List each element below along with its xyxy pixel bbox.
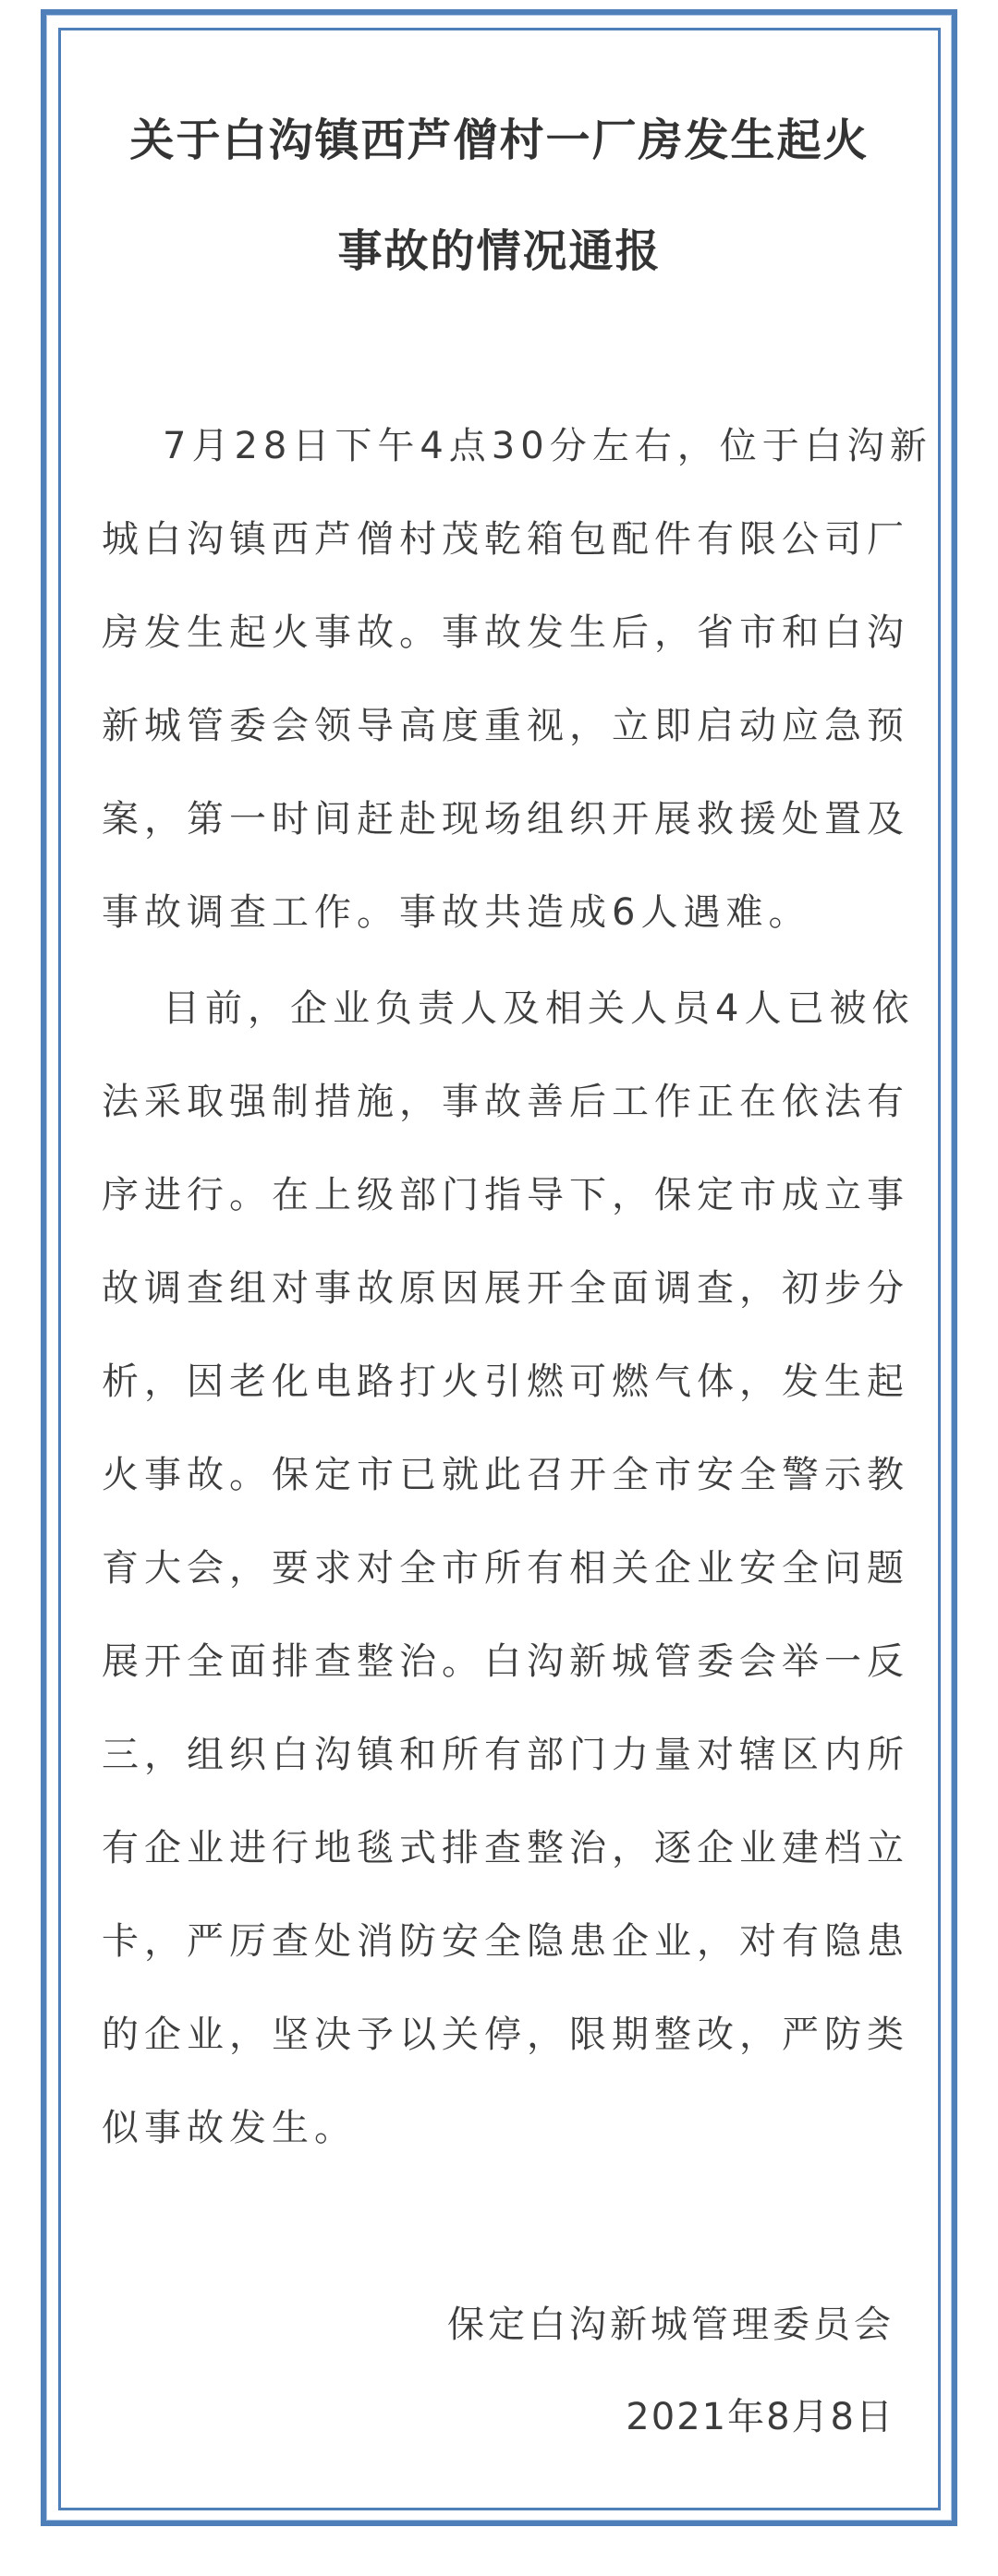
paragraph-line: 房发生起火事故。事故发生后，省市和白沟: [102, 587, 898, 680]
paragraph-line: 展开全面排查整治。白沟新城管委会举一反: [102, 1615, 898, 1709]
paragraph-line: 有企业进行地毯式排查整治，逐企业建档立: [102, 1802, 898, 1895]
paragraph-line: 育大会，要求对全市所有相关企业安全问题: [102, 1522, 898, 1615]
paragraph-line: 城白沟镇西芦僧村茂乾箱包配件有限公司厂: [102, 493, 898, 587]
paragraph-line: 的企业，坚决予以关停，限期整改，严防类: [102, 1989, 898, 2082]
paragraph-line: 火事故。保定市已就此召开全市安全警示教: [102, 1429, 898, 1522]
paragraph-line: 新城管委会领导高度重视，立即启动应急预: [102, 680, 898, 773]
paragraph-line: 事故调查工作。事故共造成6人遇难。: [102, 866, 898, 960]
paragraph-line: 法采取强制措施，事故善后工作正在依法有: [102, 1056, 898, 1149]
paragraph-line: 7月28日下午4点30分左右，位于白沟新: [102, 400, 898, 493]
paragraph-line: 析，因老化电路打火引燃可燃气体，发生起: [102, 1336, 898, 1429]
paragraph-line: 似事故发生。: [102, 2082, 898, 2175]
document-title-line-2: 事故的情况通报: [61, 224, 938, 279]
paragraph-line: 卡，严厉查处消防安全隐患企业，对有隐患: [102, 1895, 898, 1989]
paragraph-line: 案，第一时间赶赴现场组织开展救援处置及: [102, 773, 898, 866]
signature-date: 2021年8月8日: [626, 2394, 895, 2440]
document-title-line-1: 关于白沟镇西芦僧村一厂房发生起火: [61, 113, 938, 168]
paragraph-line: 序进行。在上级部门指导下，保定市成立事: [102, 1149, 898, 1242]
paragraph-1: 7月28日下午4点30分左右，位于白沟新 城白沟镇西芦僧村茂乾箱包配件有限公司厂…: [102, 400, 898, 960]
paragraph-line: 目前，企业负责人及相关人员4人已被依: [102, 962, 898, 1056]
paragraph-line: 三，组织白沟镇和所有部门力量对辖区内所: [102, 1709, 898, 1802]
signature-organization: 保定白沟新城管理委员会: [447, 2302, 895, 2348]
paragraph-line: 故调查组对事故原因展开全面调查，初步分: [102, 1242, 898, 1336]
paragraph-2: 目前，企业负责人及相关人员4人已被依 法采取强制措施，事故善后工作正在依法有 序…: [102, 962, 898, 2175]
